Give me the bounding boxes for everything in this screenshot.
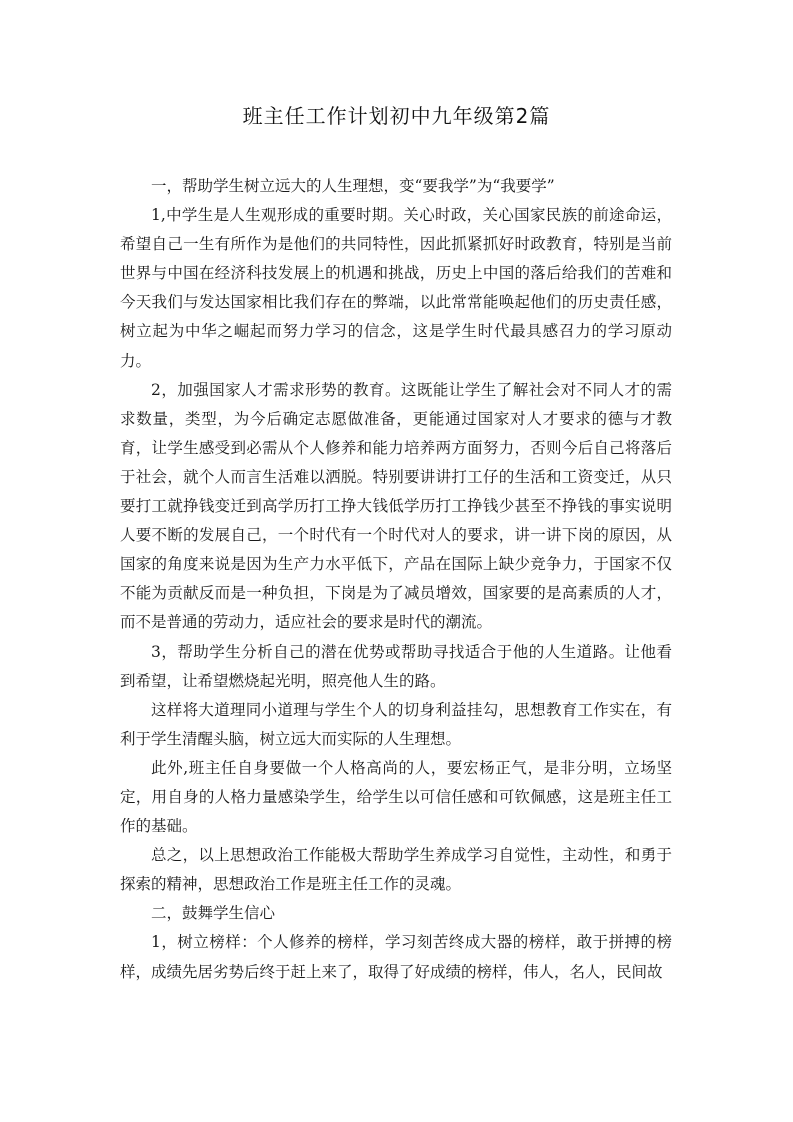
section-heading-1: 一，帮助学生树立远大的人生理想，变“要我学”为“我要学”: [120, 172, 672, 201]
document-page: 班主任工作计划初中九年级第2篇 一，帮助学生树立远大的人生理想，变“要我学”为“…: [0, 0, 793, 1122]
paragraph: 3，帮助学生分析自己的潜在优势或帮助寻找适合于他的人生道路。让他看到希望，让希望…: [120, 638, 672, 696]
paragraph: 此外,班主任自身要做一个人格高尚的人，要宏杨正气，是非分明，立场坚定，用自身的人…: [120, 754, 672, 841]
paragraph: 2，加强国家人才需求形势的教育。这既能让学生了解社会对不同人才的需求数量，类型，…: [120, 376, 672, 638]
document-body: 一，帮助学生树立远大的人生理想，变“要我学”为“我要学” 1,中学生是人生观形成…: [120, 172, 672, 987]
section-heading-2: 二，鼓舞学生信心: [120, 899, 672, 928]
document-title: 班主任工作计划初中九年级第2篇: [0, 100, 793, 129]
paragraph: 这样将大道理同小道理与学生个人的切身利益挂勾，思想教育工作实在，有利于学生清醒头…: [120, 696, 672, 754]
paragraph: 1，树立榜样：个人修养的榜样，学习刻苦终成大器的榜样，敢于拼搏的榜样，成绩先居劣…: [120, 928, 672, 986]
paragraph: 1,中学生是人生观形成的重要时期。关心时政，关心国家民族的前途命运，希望自己一生…: [120, 201, 672, 376]
paragraph: 总之，以上思想政治工作能极大帮助学生养成学习自觉性，主动性，和勇于探索的精神，思…: [120, 841, 672, 899]
